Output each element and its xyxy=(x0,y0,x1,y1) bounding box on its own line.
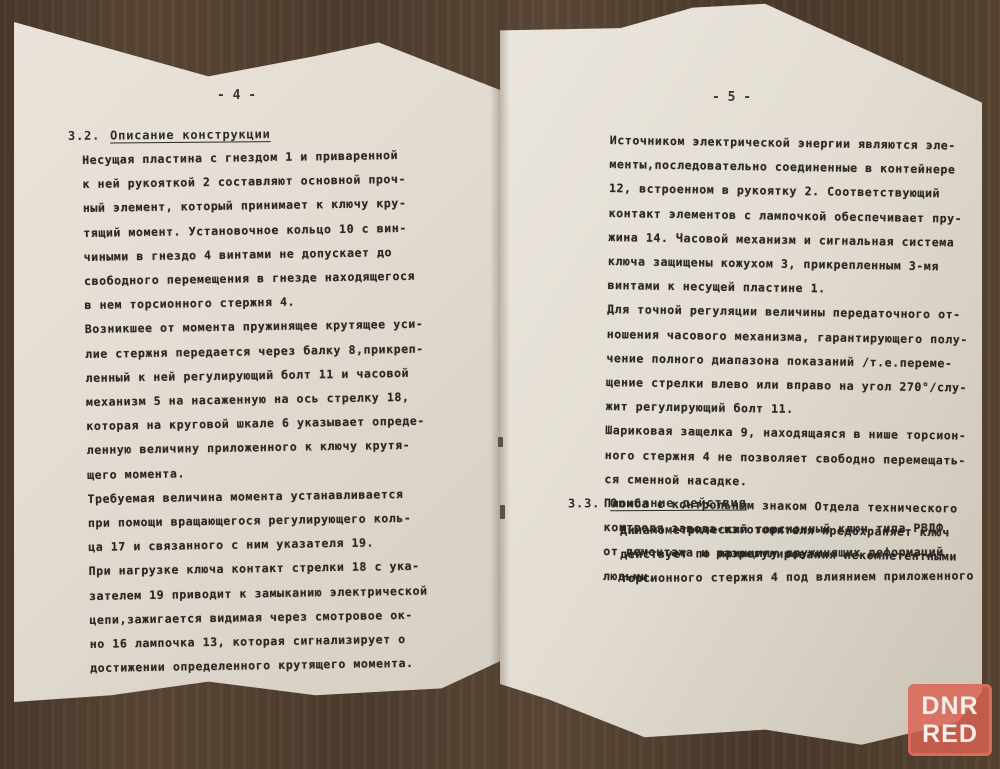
binding-staple-icon xyxy=(498,437,503,447)
left-page-number: - 4 - xyxy=(217,88,256,103)
dnr-red-watermark-logo: DNR RED xyxy=(908,684,992,756)
text-line: действует по принципу пружинящих деформа… xyxy=(620,540,974,566)
right-section-title: Описание действия xyxy=(610,496,746,511)
binding-staple-icon xyxy=(500,505,505,519)
book-spine-shadow xyxy=(490,0,510,769)
right-section-heading: 3.3.Описание действия xyxy=(568,496,747,511)
watermark-line-2: RED xyxy=(911,720,989,748)
right-section-number: 3.3. xyxy=(568,496,600,510)
right-page-number: - 5 - xyxy=(712,90,751,105)
watermark-line-1: DNR xyxy=(911,692,989,720)
left-section-number: 3.2. xyxy=(68,129,100,143)
left-page-body: Несущая пластина с гнездом 1 и приваренн… xyxy=(82,143,429,681)
text-line: торсионного стержня 4 под влиянием прило… xyxy=(620,564,974,590)
right-section-body: Динамометрический торсионный ключ типа Р… xyxy=(620,516,974,590)
left-section-title: Описание конструкции xyxy=(110,127,271,142)
left-section-heading: 3.2.Описание конструкции xyxy=(68,127,271,143)
text-line: Динамометрический торсионный ключ типа Р… xyxy=(620,516,974,542)
